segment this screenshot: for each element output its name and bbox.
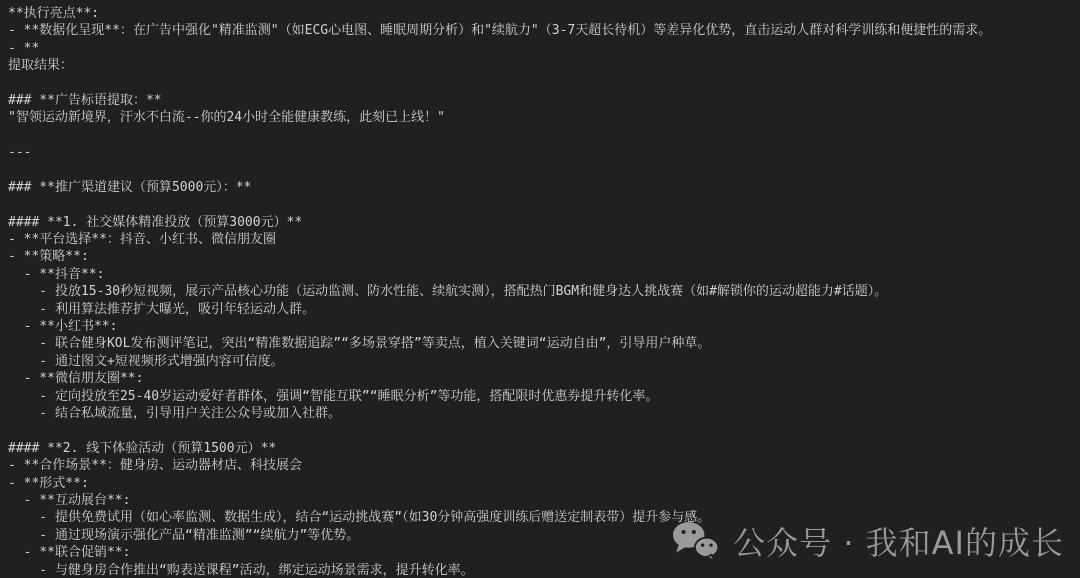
output-line: - 与健身房合作推出“购表送课程”活动，绑定运动场景需求，提升转化率。 <box>8 562 1072 578</box>
output-line: - **微信朋友圈**: <box>8 370 1072 387</box>
output-line: - **小红书**: <box>8 318 1072 335</box>
console-screen: **执行亮点**:- **数据化呈现**：在广告中强化"精准监测"（如ECG心电… <box>0 0 1080 578</box>
output-line: 提取结果： <box>8 57 1072 74</box>
output-line: - **合作场景**：健身房、运动器材店、科技展会 <box>8 457 1072 474</box>
output-line: - ** <box>8 40 1072 57</box>
output-line: - 通过现场演示强化产品“精准监测”“续航力”等优势。 <box>8 527 1072 544</box>
output-line: #### **2. 线下体验活动（预算1500元）** <box>8 440 1072 457</box>
output-line: - 利用算法推荐扩大曝光，吸引年轻运动人群。 <box>8 301 1072 318</box>
output-line: ### **广告标语提取：** <box>8 92 1072 109</box>
output-line: #### **1. 社交媒体精准投放（预算3000元）** <box>8 214 1072 231</box>
output-line: **执行亮点**: <box>8 5 1072 22</box>
markdown-output: **执行亮点**:- **数据化呈现**：在广告中强化"精准监测"（如ECG心电… <box>0 0 1080 578</box>
output-line: - 结合私域流量，引导用户关注公众号或加入社群。 <box>8 405 1072 422</box>
output-line: - 投放15-30秒短视频，展示产品核心功能（运动监测、防水性能、续航实测），搭… <box>8 283 1072 300</box>
output-line: --- <box>8 144 1072 161</box>
output-line: "智领运动新境界，汗水不白流--你的24小时全能健康教练，此刻已上线！" <box>8 109 1072 126</box>
output-line: - **策略**: <box>8 248 1072 265</box>
output-line <box>8 127 1072 144</box>
output-line: - **互动展台**: <box>8 492 1072 509</box>
output-line: - **联合促销**: <box>8 544 1072 561</box>
output-line <box>8 75 1072 92</box>
output-line: ### **推广渠道建议（预算5000元）：** <box>8 179 1072 196</box>
output-line: - 通过图文+短视频形式增强内容可信度。 <box>8 353 1072 370</box>
output-line: - 联合健身KOL发布测评笔记，突出“精准数据追踪”“多场景穿搭”等卖点，植入关… <box>8 335 1072 352</box>
output-line <box>8 162 1072 179</box>
output-line: - **数据化呈现**：在广告中强化"精准监测"（如ECG心电图、睡眠周期分析）… <box>8 22 1072 39</box>
output-line: - **形式**: <box>8 475 1072 492</box>
output-line: - **抖音**: <box>8 266 1072 283</box>
output-line: - **平台选择**：抖音、小红书、微信朋友圈 <box>8 231 1072 248</box>
output-line <box>8 196 1072 213</box>
output-line: - 定向投放至25-40岁运动爱好者群体，强调“智能互联”“睡眠分析”等功能，搭… <box>8 388 1072 405</box>
output-line <box>8 422 1072 439</box>
output-line: - 提供免费试用（如心率监测、数据生成），结合“运动挑战赛”（如30分钟高强度训… <box>8 509 1072 526</box>
